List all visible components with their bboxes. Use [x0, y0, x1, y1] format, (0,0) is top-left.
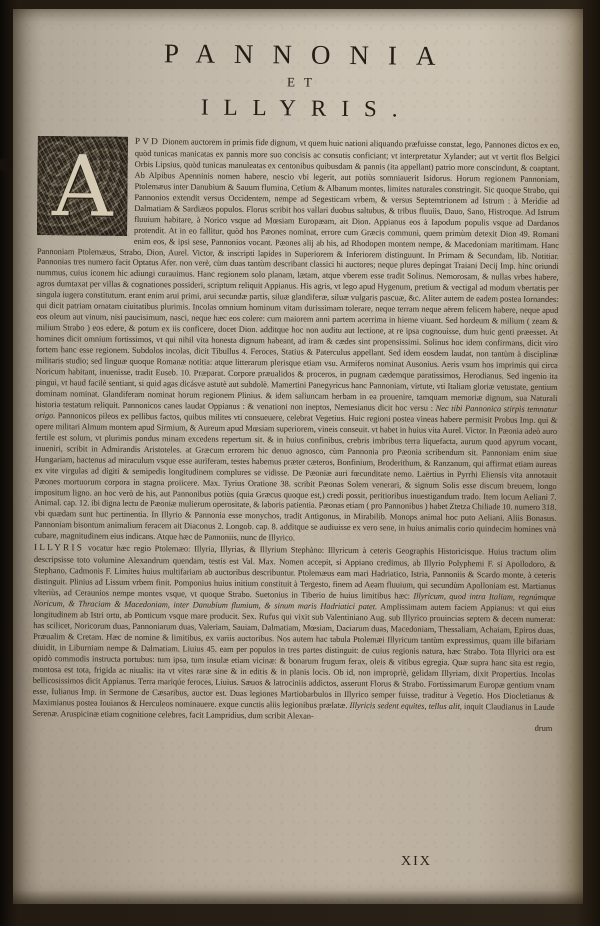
body-paragraph-pannonia: APVD Dionem auctorem in primis fide dign… — [34, 135, 560, 546]
title-line-3: ILLYRIS. — [38, 91, 560, 126]
dropcap-initial: A — [52, 144, 113, 229]
paragraph-runs: ILLYRIS vocatur hæc regio Ptolemæo: Illy… — [32, 542, 556, 720]
book-scan: PANNONIA ET ILLYRIS. APVD Dionem auctore… — [0, 0, 600, 926]
woodcut-dropcap: A — [37, 136, 128, 236]
ink-blot — [0, 158, 14, 172]
title-line-1: PANNONIA — [39, 35, 561, 74]
page-content: PANNONIA ET ILLYRIS. APVD Dionem auctore… — [32, 27, 561, 733]
chapter-title: PANNONIA ET ILLYRIS. — [38, 35, 561, 126]
page-bottom-shadow — [13, 890, 583, 904]
body-text: APVD Dionem auctorem in primis fide dign… — [32, 135, 560, 733]
page-number: XIX — [401, 854, 432, 870]
book-page: PANNONIA ET ILLYRIS. APVD Dionem auctore… — [13, 9, 583, 904]
body-paragraph-illyris: ILLYRIS vocatur hæc regio Ptolemæo: Illy… — [32, 542, 556, 723]
